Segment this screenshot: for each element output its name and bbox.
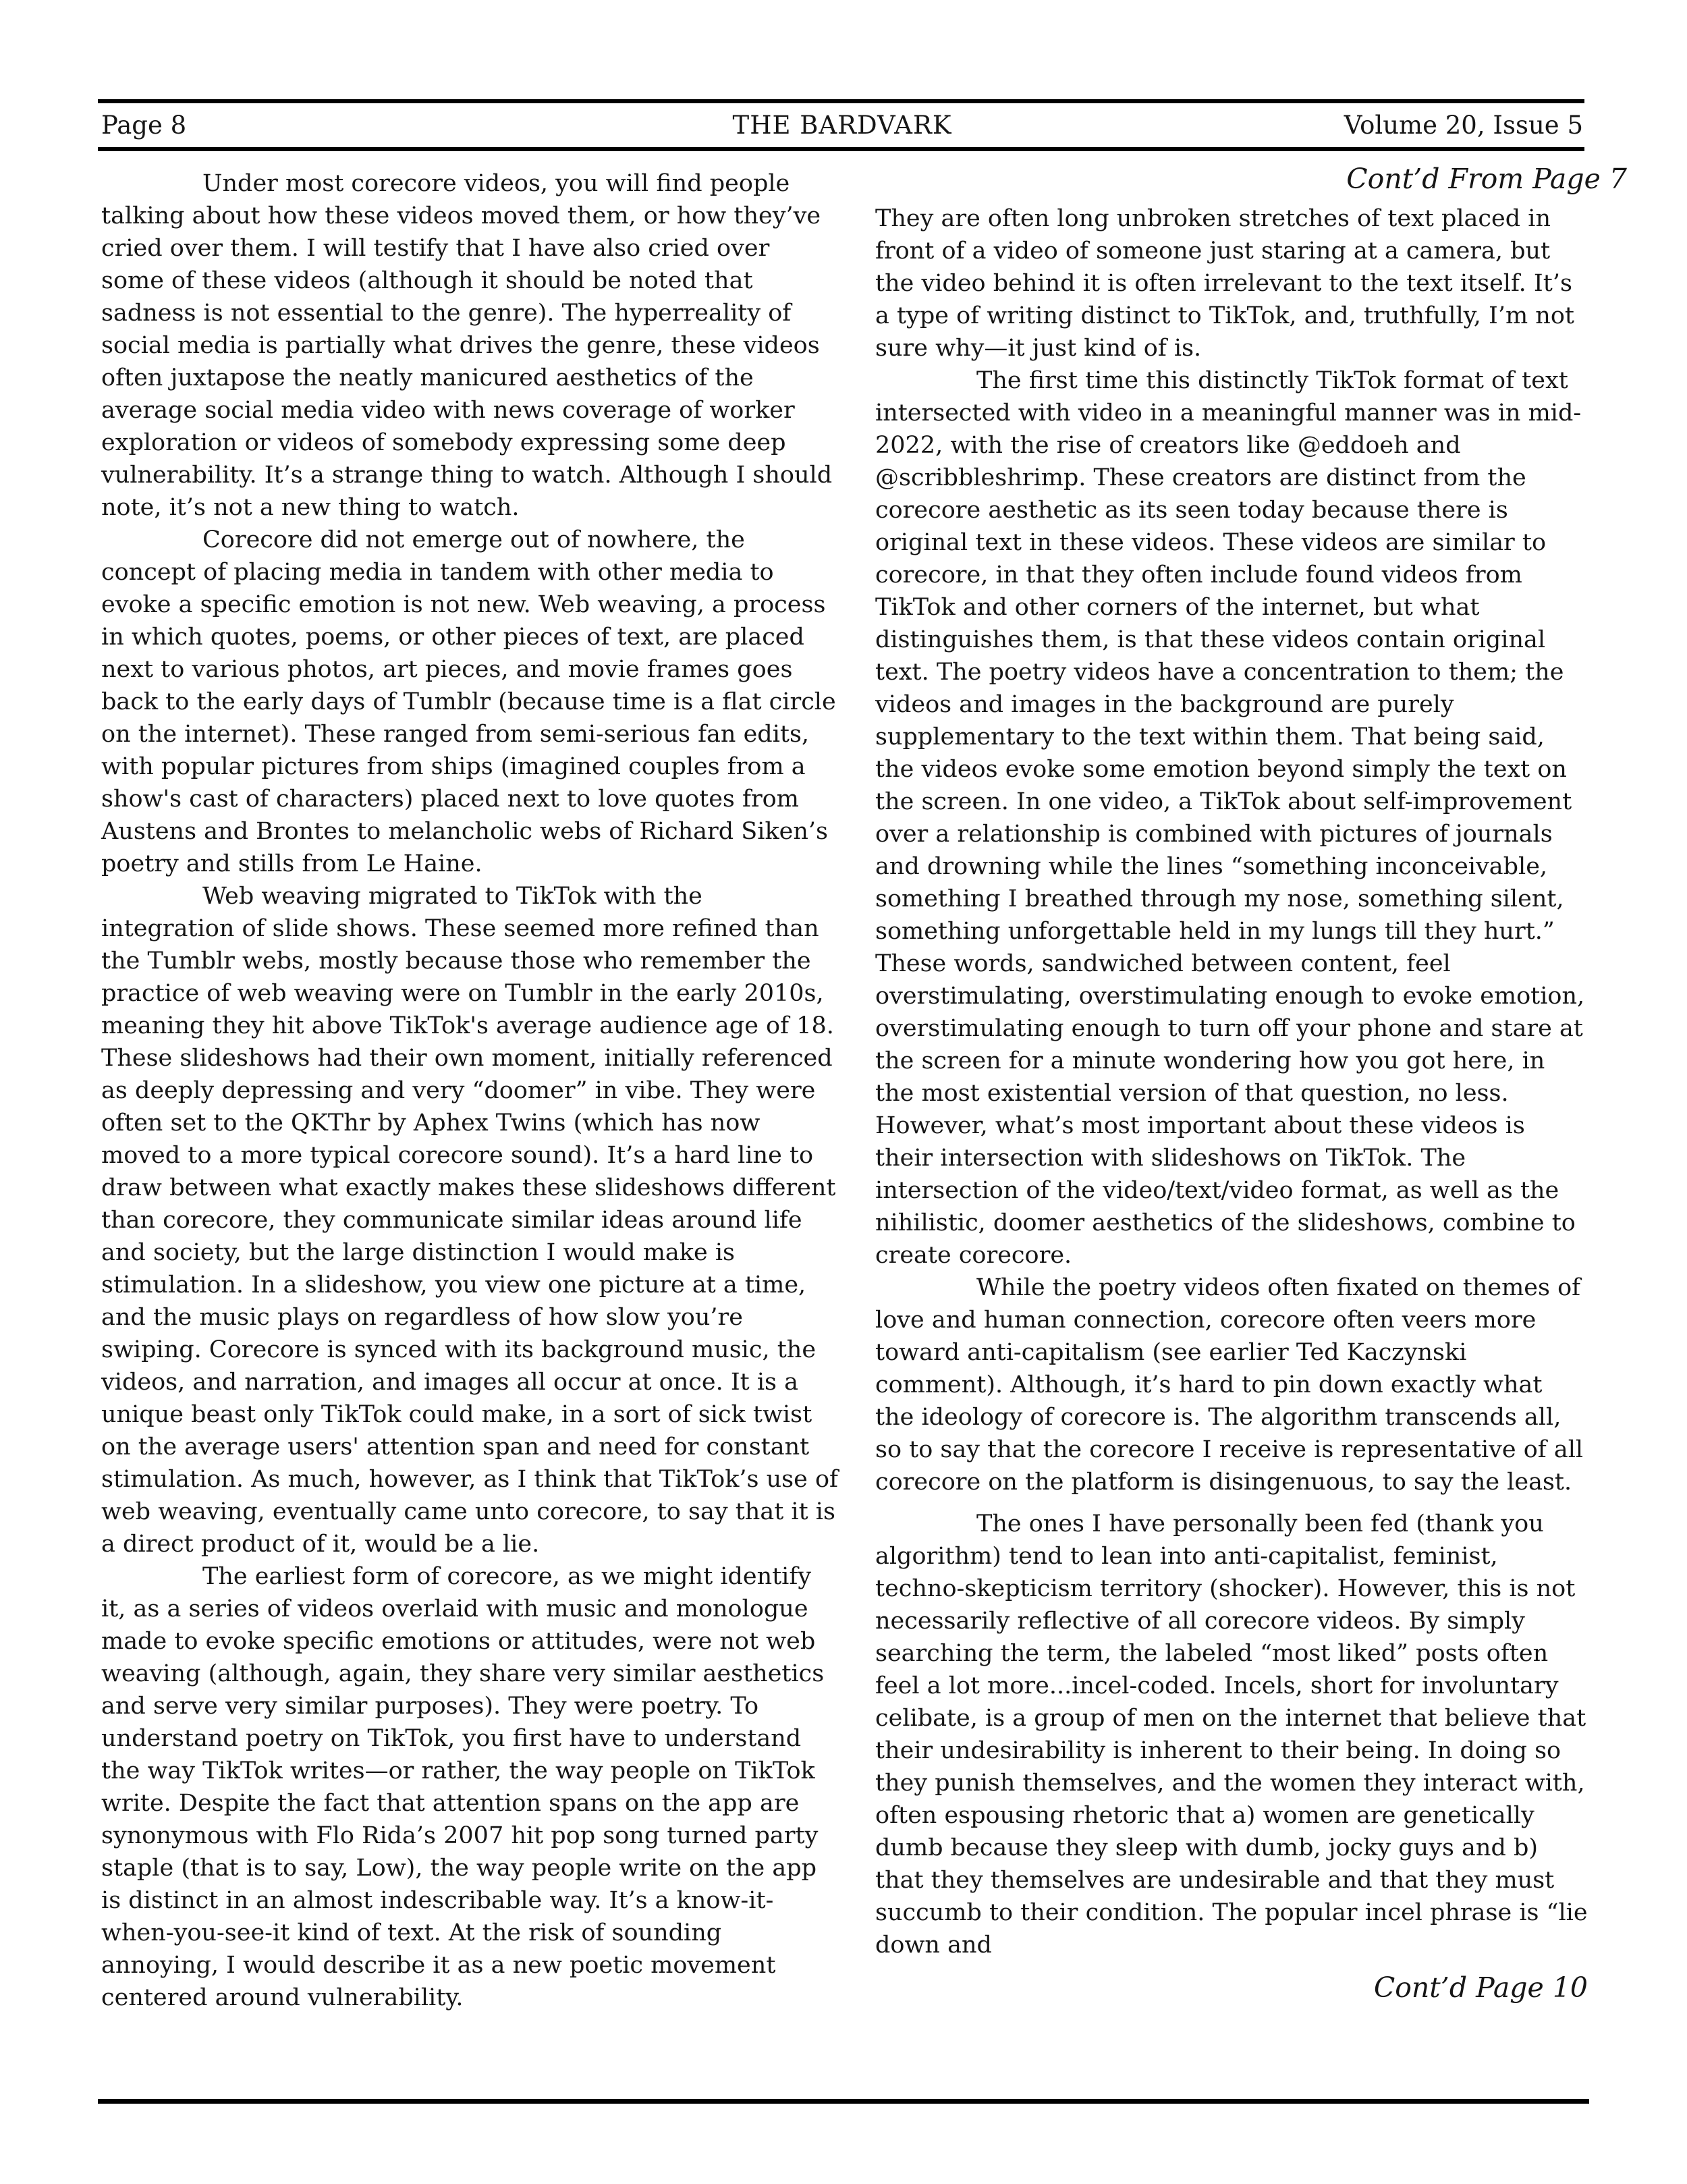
- article-paragraph: The earliest form of corecore, as we mig…: [101, 1560, 839, 2014]
- continued-on-note: Cont’d Page 10: [875, 1971, 1588, 2004]
- article-paragraph: The first time this distinctly TikTok fo…: [875, 364, 1588, 1272]
- article-paragraph: Web weaving migrated to TikTok with the …: [101, 880, 839, 1560]
- footer-rule: [98, 2099, 1589, 2104]
- left-column: Under most corecore videos, you will fin…: [101, 167, 839, 2014]
- page-number: Page 8: [101, 111, 595, 140]
- right-column: Cont’d From Page 7 They are often long u…: [875, 162, 1588, 2004]
- article-paragraph: The ones I have personally been fed (tha…: [875, 1508, 1588, 1961]
- article-paragraph: They are often long unbroken stretches o…: [875, 202, 1588, 364]
- header-rule-bottom: [98, 147, 1584, 151]
- article-paragraph: Corecore did not emerge out of nowhere, …: [101, 524, 839, 880]
- header-rule-top: [98, 99, 1584, 103]
- page-header: Page 8 THE BARDVARK Volume 20, Issue 5: [101, 111, 1583, 140]
- newspaper-page: Page 8 THE BARDVARK Volume 20, Issue 5 U…: [0, 0, 1687, 2184]
- article-paragraph: While the poetry videos often fixated on…: [875, 1272, 1588, 1498]
- continued-from-note: Cont’d From Page 7: [875, 162, 1627, 196]
- masthead-title: THE BARDVARK: [595, 111, 1089, 140]
- issue-label: Volume 20, Issue 5: [1089, 111, 1583, 140]
- article-paragraph: Under most corecore videos, you will fin…: [101, 167, 839, 524]
